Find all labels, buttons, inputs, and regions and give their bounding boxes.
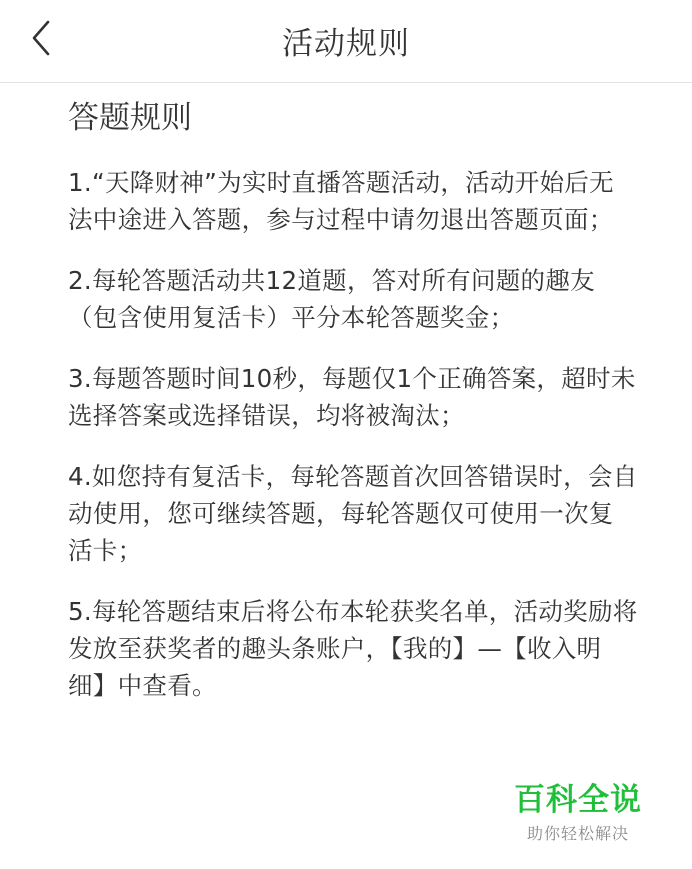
page-title: 活动规则	[0, 18, 692, 63]
section-title: 答题规则	[68, 96, 638, 140]
nav-header: 活动规则	[0, 0, 692, 83]
rule-item: 4.如您持有复活卡，每轮答题首次回答错误时，会自动使用，您可继续答题，每轮答题仅…	[68, 458, 638, 569]
rule-item: 2.每轮答题活动共12道题，答对所有问题的趣友（包含使用复活卡）平分本轮答题奖金…	[68, 262, 638, 336]
watermark-main: 百科全说	[498, 774, 658, 819]
watermark-sub: 助你轻松解决	[498, 821, 658, 844]
rule-item: 3.每题答题时间10秒，每题仅1个正确答案，超时未选择答案或选择错误，均将被淘汰…	[68, 360, 638, 434]
rule-item: 5.每轮答题结束后将公布本轮获奖名单，活动奖励将发放至获奖者的趣头条账户，【我的…	[68, 593, 638, 704]
rules-content: 答题规则 1.“天降财神”为实时直播答题活动，活动开始后无法中途进入答题，参与过…	[68, 96, 638, 728]
rule-item: 1.“天降财神”为实时直播答题活动，活动开始后无法中途进入答题，参与过程中请勿退…	[68, 164, 638, 238]
watermark-logo: 百科全说 助你轻松解决	[498, 752, 658, 844]
